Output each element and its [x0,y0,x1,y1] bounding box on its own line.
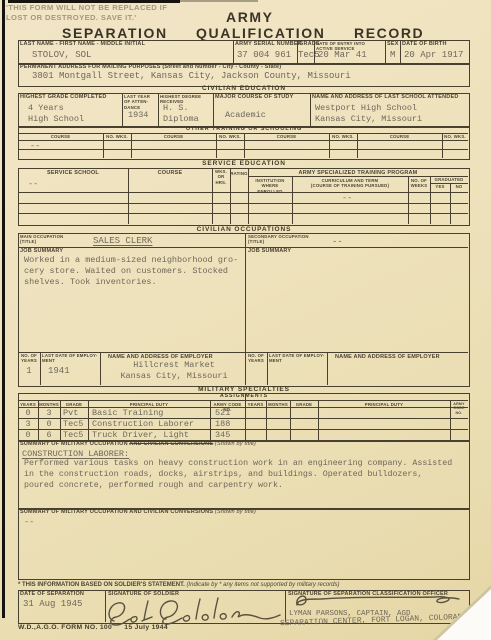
employ-date-label: LAST DATE OF EMPLOY- MENT [269,353,324,364]
scan-edge-top-2 [180,0,258,2]
graduated-no-label: NO [450,184,468,189]
grade-value: Tec5 [298,50,320,62]
job-summary-label: JOB SUMMARY [248,248,291,255]
footnote-bold: * THIS INFORMATION BASED ON SOLDIER'S ST… [18,582,186,588]
assignment-years: 3 [18,419,38,430]
assignment-duty: Construction Laborer [92,419,194,430]
months-col-label: MONTHS [266,402,290,407]
summary2-label-part: SUMMARY OF MILITARY OCCUPATION AND CIVIL… [20,509,215,515]
other-training-entry: -- [30,141,40,152]
employer-label: NAME AND ADDRESS OF EMPLOYER [335,354,440,361]
wks-col-label: NO. WKS. [103,134,131,139]
years-col-label: YEARS [18,402,38,407]
divider [158,93,159,126]
employ-years-label: NO. OF YEARS [18,353,40,364]
divider [213,93,214,126]
school-label: NAME AND ADDRESS OF LAST SCHOOL ATTENDED [312,94,459,101]
course-col-label: COURSE [357,134,442,139]
school-value: Westport High School Kansas City, Missou… [315,103,422,125]
form-number: W.D.,A.G.O. FORM NO. 100 [18,624,112,631]
employ-years-value: 1 [20,366,38,378]
rating-label: RATING [230,171,248,176]
divider [18,429,468,430]
service-school-entry: -- [28,179,38,190]
assignment-code: 521 [215,408,230,419]
do-not-replace-note-line2: LOST OR DESTROYED. SAVE IT.' [6,13,137,23]
name-value: STOLOV, SOL [32,50,91,62]
form-date: 15 July 1944 [124,624,168,631]
divider [233,40,234,63]
assignment-months: 3 [38,408,60,419]
assignment-months: 0 [38,419,60,430]
grade-col-label: GRADE [60,402,88,407]
title-army: ARMY [226,10,274,24]
serial-value: 37 004 961 [237,50,291,62]
divider [18,140,468,141]
date-of-separation-value: 31 Aug 1945 [23,599,82,611]
course-col-label: COURSE [131,134,216,139]
summary2-label-italic: (Shown by title) [215,509,256,515]
job-summary-text: Worked in a medium-sized neighborhood gr… [24,255,242,288]
highest-grade-label: HIGHEST GRADE COMPLETED [20,94,107,101]
graduated-label: GRADUATED [430,177,468,182]
birth-date-label: DATE OF BIRTH [402,41,447,48]
highest-grade-value: 4 Years High School [28,103,84,125]
last-year-value: 1934 [128,110,148,121]
service-school-label: SERVICE SCHOOL [18,170,128,177]
main-occupation-value: SALES CLERK [93,236,152,248]
job-summary-label: JOB SUMMARY [20,248,63,255]
service-education-header: SERVICE EDUCATION [18,161,470,168]
code-col-label: ARMY CODE NO. [450,402,468,415]
assignment-grade: Tec5 [63,419,83,430]
title-separation: SEPARATION [62,26,168,40]
divider [400,40,401,63]
form-number-line: W.D.,A.G.O. FORM NO. 100 15 July 1944 [18,625,168,632]
divider [327,352,328,385]
conversions-summary-value: -- [24,517,34,528]
employer-value: Hillcrest Market Kansas City, Missouri [104,360,244,382]
soldier-statement-footnote: * THIS INFORMATION BASED ON SOLDIER'S ST… [18,582,340,588]
military-summary-label: SUMMARY OF MILITARY OCCUPATION AND CIVIL… [20,441,256,448]
secondary-occupation-label: SECONDARY OCCUPATION (TITLE) [248,234,309,245]
divider [385,40,386,63]
divider [100,352,101,385]
employ-date-label: LAST DATE OF EMPLOY- MENT [42,353,97,364]
military-summary-body: Performed various tasks on heavy constru… [24,458,468,491]
divider [18,247,468,248]
summary-label-part: SUMMARY OF MILITARY OCCUPATION [20,441,129,447]
divider [310,93,311,126]
divider [122,93,123,126]
divider [18,149,468,150]
graduated-yes-label: YES [430,184,450,189]
divider [18,418,468,419]
address-value: 3801 Montgall Street, Kansas City, Jacks… [32,71,351,83]
months-col-label: MONTHS [38,402,60,407]
divider [18,400,468,401]
curriculum-label: CURRICULUM AND TERM (COURSE OF TRAINING … [293,178,407,189]
duty-col-label: PRINCIPAL DUTY [88,402,210,407]
wks-col-label: NO. WKS. [329,134,357,139]
divider [230,168,231,224]
divider [18,192,468,193]
degree-value: H. S. Diploma [163,103,199,125]
do-not-replace-note-line1: 'THIS FORM WILL NOT BE REPLACED IF [6,3,167,13]
birth-date-value: 20 Apr 1917 [404,50,463,62]
assignment-grade: Pvt [63,408,78,419]
wks-hrs-label: WKS. OR HRS. [212,169,230,185]
major-course-value: Academic [225,110,266,121]
army-qualification-record-scan: 'THIS FORM WILL NOT BE REPLACED IF LOST … [0,0,491,640]
divider [267,352,268,385]
address-label: PERMANENT ADDRESS FOR MAILING PURPOSES (… [20,64,281,71]
divider [18,213,468,214]
grade-col-label: GRADE [290,402,318,407]
serial-label: ARMY SERIAL NUMBER [235,41,302,48]
assignment-code: 188 [215,419,230,430]
years-col-label: YEARS [245,402,266,407]
footnote-italic: (Indicate by * any items not supported b… [186,582,339,588]
civilian-education-header: CIVILIAN EDUCATION [18,86,470,93]
duty-col-label: PRINCIPAL DUTY [318,402,450,407]
divider [18,203,468,204]
title-record: RECORD [354,26,424,40]
service-course-label: COURSE [128,170,212,177]
assignments-subheader: ASSIGNMENTS [18,394,470,399]
name-label: LAST NAME - FIRST NAME - MIDDLE INITIAL [20,41,145,48]
title-qualification: QUALIFICATION [196,26,325,40]
major-course-label: MAJOR COURSE OF STUDY [215,94,293,101]
assignment-duty: Basic Training [92,408,163,419]
wks-col-label: NO. WKS. [442,134,468,139]
divider [40,352,41,385]
course-col-label: COURSE [244,134,329,139]
assignment-years: 0 [18,408,38,419]
wks-col-label: NO. WKS. [216,134,244,139]
sex-label: SEX [387,41,399,48]
date-of-separation-label: DATE OF SEPARATION [20,591,84,598]
other-training-header: OTHER TRAINING OR SCHOOLING [18,127,470,133]
weeks-label: NO. OF WEEKS [408,178,430,189]
course-col-label: COURSE [18,134,103,139]
main-occupation-label: MAIN OCCUPATION (TITLE) [20,234,63,245]
conversions-summary-box [18,508,470,580]
sex-value: M [390,50,395,62]
summary-label-struck: AND CIVILIAN CONVERSIONS [129,441,213,447]
last-year-label: LAST YEAR OF ATTEN- DANCE [124,94,150,110]
employ-date-value: 1941 [48,366,70,378]
divider [245,393,246,440]
entry-date-value: 20 Mar 41 [318,50,367,62]
scan-edge-left [2,0,5,618]
conversions-summary-label: SUMMARY OF MILITARY OCCUPATION AND CIVIL… [20,509,256,516]
employ-years-label: NO. OF YEARS [245,353,267,364]
divider [285,590,286,622]
officer-signature [287,589,467,613]
summary-label-italic: (Shown by title) [213,441,256,447]
